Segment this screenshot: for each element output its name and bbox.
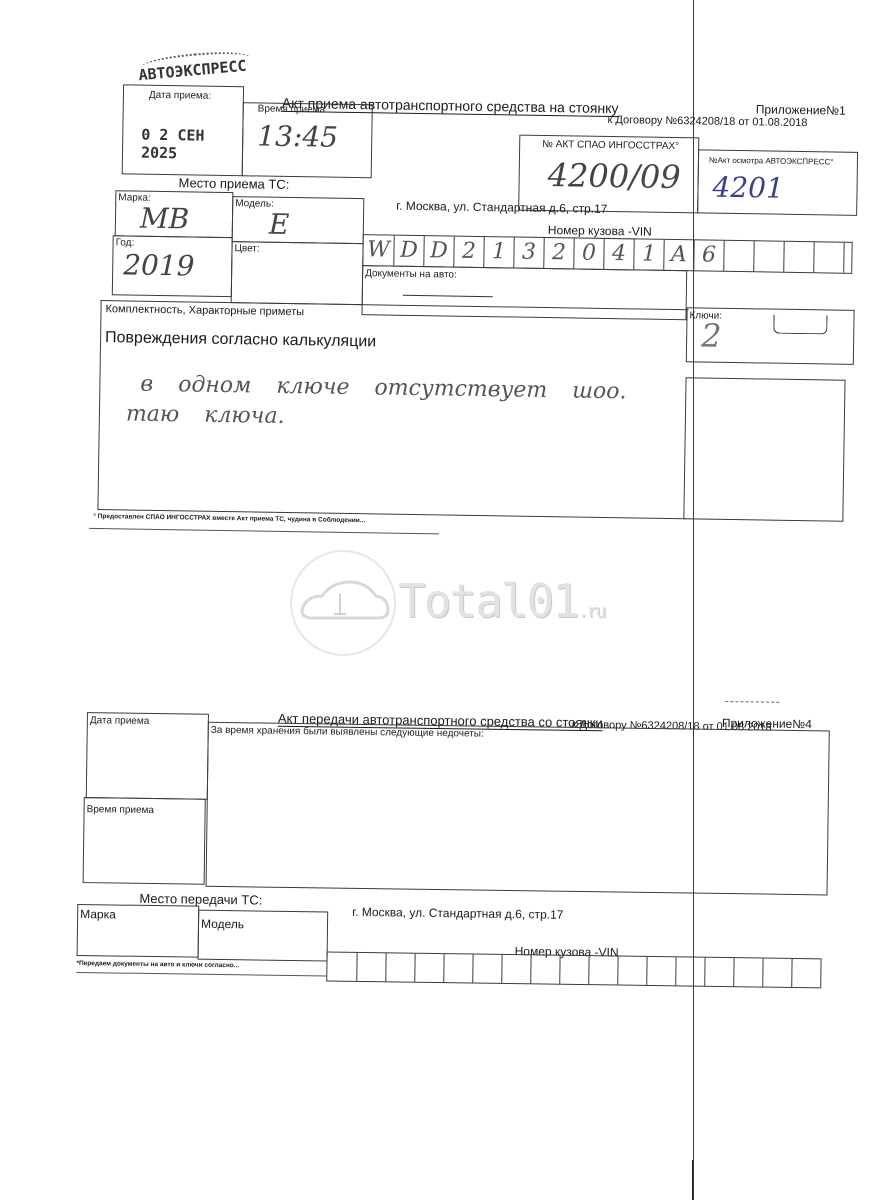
act2-model-cell: Модель bbox=[198, 910, 329, 962]
act2-time-cell: Время приема bbox=[83, 797, 206, 885]
act2-vin-grid bbox=[326, 951, 821, 988]
act2-bottom-line bbox=[76, 972, 326, 976]
act2-defects-cell: За время хранения были выявлены следующи… bbox=[206, 722, 830, 896]
vin-char-cell bbox=[385, 953, 414, 981]
vin-char-cell bbox=[646, 957, 675, 985]
vin-char-cell bbox=[414, 954, 443, 982]
vin-char-cell bbox=[559, 956, 588, 984]
vin-char-cell bbox=[762, 959, 791, 987]
act2-date-cell: Дата приема bbox=[86, 712, 209, 800]
vin-char-cell bbox=[356, 953, 385, 981]
vin-char-cell bbox=[733, 958, 762, 986]
act2-brand-cell: Марка bbox=[77, 904, 200, 958]
act2-footnote: *Передаем документы на авто и ключи согл… bbox=[76, 960, 239, 969]
fold-line-bottom bbox=[692, 1160, 693, 1200]
vin-char-cell bbox=[530, 955, 559, 983]
vin-char-cell bbox=[675, 957, 704, 985]
vin-char-cell bbox=[791, 959, 820, 987]
act-release: Акт передачи автотранспортного средства … bbox=[0, 0, 875, 1011]
vin-char-cell bbox=[472, 955, 501, 983]
vin-char-cell bbox=[704, 958, 733, 986]
act2-top-dash bbox=[725, 701, 779, 703]
vin-char-cell bbox=[501, 955, 530, 983]
vin-char-cell bbox=[327, 952, 356, 980]
act2-place-value: г. Москва, ул. Стандартная д.6, стр.17 bbox=[352, 905, 563, 922]
vin-char-cell bbox=[617, 957, 646, 985]
vin-char-cell bbox=[443, 954, 472, 982]
vin-char-cell bbox=[588, 956, 617, 984]
